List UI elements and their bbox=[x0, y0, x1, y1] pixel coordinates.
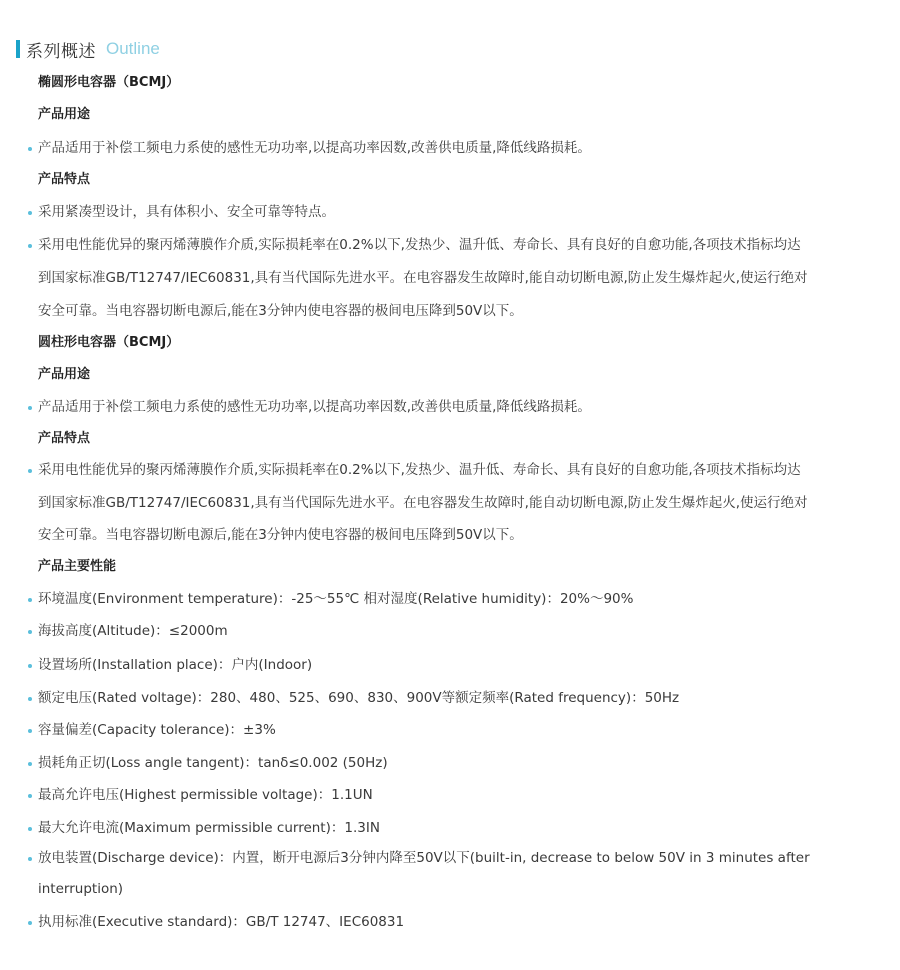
spec-highest-voltage: 最高允许电压(Highest permissible voltage)：1.1U… bbox=[38, 785, 373, 805]
spec-discharge-device-line-2: interruption) bbox=[38, 879, 123, 899]
heading-title-cn: 系列概述 bbox=[26, 37, 96, 62]
cylindrical-usage: 产品适用于补偿工频电力系使的感性无功功率,以提高功率因数,改善供电质量,降低线路… bbox=[38, 397, 591, 417]
elliptical-feature-2: 采用电性能优异的聚丙烯薄膜作介质,实际损耗率在0.2%以下,发热少、温升低、寿命… bbox=[38, 235, 801, 255]
cylindrical-feature-1-line-3: 安全可靠。当电容器切断电源后,能在3分钟内使电容器的极间电压降到50V以下。 bbox=[38, 525, 523, 545]
elliptical-feature-1: 采用紧凑型设计，具有体积小、安全可靠等特点。 bbox=[38, 202, 335, 222]
spec-loss-angle: 损耗角正切(Loss angle tangent)：tanδ≤0.002 (50… bbox=[38, 753, 388, 773]
section-heading: 系列概述 Outline bbox=[16, 38, 160, 60]
elliptical-title: 椭圆形电容器（BCMJ） bbox=[38, 73, 179, 93]
spec-altitude: 海拔高度(Altitude)：≤2000m bbox=[38, 621, 228, 641]
elliptical-feature-2-line-3: 安全可靠。当电容器切断电源后,能在3分钟内使电容器的极间电压降到50V以下。 bbox=[38, 301, 523, 321]
performance-label: 产品主要性能 bbox=[38, 557, 116, 577]
elliptical-usage: 产品适用于补偿工频电力系使的感性无功功率,以提高功率因数,改善供电质量,降低线路… bbox=[38, 138, 591, 158]
spec-discharge-device: 放电装置(Discharge device)：内置，断开电源后3分钟内降至50V… bbox=[38, 848, 810, 868]
heading-accent-bar bbox=[16, 40, 20, 58]
cylindrical-feature-1-line-2: 到国家标准GB/T12747/IEC60831,具有当代国际先进水平。在电容器发… bbox=[38, 493, 808, 513]
spec-capacity-tolerance: 容量偏差(Capacity tolerance)：±3% bbox=[38, 720, 276, 740]
elliptical-usage-label: 产品用途 bbox=[38, 105, 90, 125]
cylindrical-usage-label: 产品用途 bbox=[38, 365, 90, 385]
spec-rated-voltage: 额定电压(Rated voltage)：280、480、525、690、830、… bbox=[38, 688, 679, 708]
cylindrical-title: 圆柱形电容器（BCMJ） bbox=[38, 333, 179, 353]
cylindrical-features-label: 产品特点 bbox=[38, 429, 90, 449]
cylindrical-feature-1: 采用电性能优异的聚丙烯薄膜作介质,实际损耗率在0.2%以下,发热少、温升低、寿命… bbox=[38, 460, 801, 480]
spec-installation: 设置场所(Installation place)：户内(Indoor) bbox=[38, 655, 312, 675]
elliptical-features-label: 产品特点 bbox=[38, 170, 90, 190]
spec-executive-standard: 执用标准(Executive standard)：GB/T 12747、IEC6… bbox=[38, 912, 404, 932]
spec-max-current: 最大允许电流(Maximum permissible current)：1.3I… bbox=[38, 818, 380, 838]
spec-environment: 环境温度(Environment temperature)：-25～55℃ 相对… bbox=[38, 589, 633, 609]
elliptical-feature-2-line-2: 到国家标准GB/T12747/IEC60831,具有当代国际先进水平。在电容器发… bbox=[38, 268, 808, 288]
heading-title-en: Outline bbox=[106, 39, 160, 59]
